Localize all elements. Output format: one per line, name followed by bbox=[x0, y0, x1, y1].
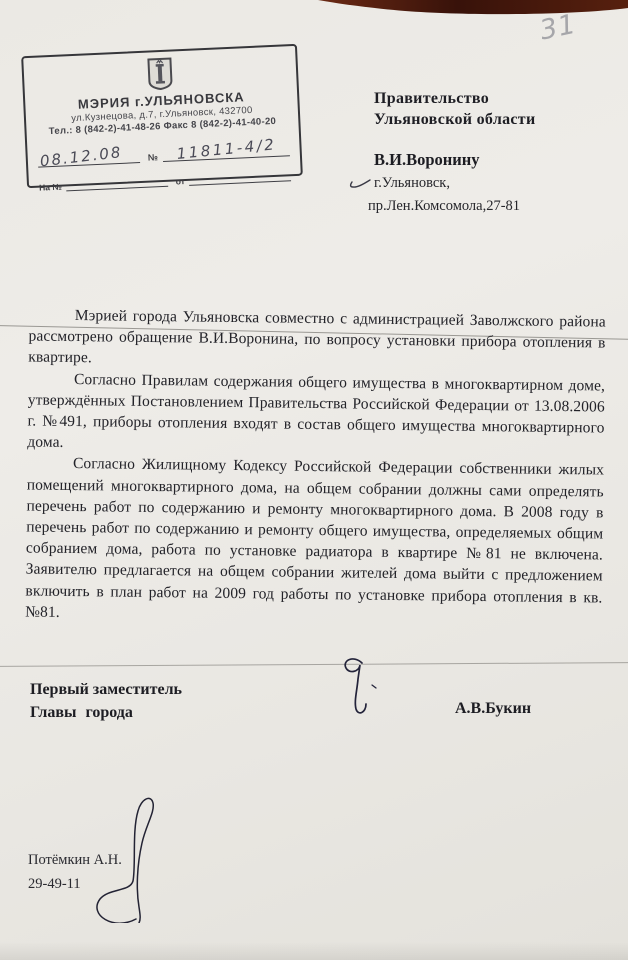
pencil-page-number: 31 bbox=[537, 9, 579, 47]
paragraph-2: Согласно Правилам содержания общего имущ… bbox=[27, 368, 605, 460]
stamp-ref-from-label: от bbox=[176, 176, 186, 186]
recipient-street: пр.Лен.Комсомола,27-81 bbox=[368, 196, 604, 217]
signer-name: А.В.Букин bbox=[455, 700, 531, 718]
recipient-block: Правительство Ульяновской области В.И.Во… bbox=[374, 88, 604, 217]
stamp-number-line: 11811-4/2 bbox=[163, 155, 290, 162]
letter-body: Мэрией города Ульяновска совместно с адм… bbox=[25, 304, 606, 629]
stamp-date-line: 08.12.08 bbox=[38, 162, 140, 168]
recipient-org-line1: Правительство bbox=[374, 88, 604, 109]
scanner-bed-edge bbox=[0, 0, 628, 20]
stamp-ref-from-line bbox=[189, 180, 291, 186]
paragraph-3: Согласно Жилищному Кодексу Российской Фе… bbox=[25, 453, 604, 630]
handwritten-date: 08.12.08 bbox=[39, 143, 123, 170]
signer-title-line1: Первый заместитель bbox=[30, 678, 182, 701]
stamp-ref-label: На № bbox=[39, 182, 62, 193]
handwritten-number: 11811-4/2 bbox=[176, 135, 277, 163]
recipient-city: г.Ульяновск, bbox=[374, 173, 604, 194]
recipient-name: В.И.Воронину bbox=[374, 149, 604, 170]
executor-signature-flourish bbox=[80, 793, 160, 928]
recipient-org-line2: Ульяновской области bbox=[374, 109, 604, 130]
stamp-number-label: № bbox=[148, 152, 158, 162]
signer-title-line2: Главы города bbox=[30, 701, 182, 724]
fold-crease-bottom bbox=[0, 662, 628, 667]
paragraph-1: Мэрией города Ульяновска совместно с адм… bbox=[28, 304, 606, 375]
checkmark-icon bbox=[348, 177, 372, 198]
bukin-signature bbox=[332, 655, 384, 728]
scanned-letter-page: 31 МЭРИЯ г.УЛЬЯНОВСКА ул.Кузнецова, д.7,… bbox=[0, 0, 628, 960]
stamp-ref-line bbox=[66, 186, 168, 192]
signer-title: Первый заместитель Главы города bbox=[30, 678, 182, 724]
mayor-office-stamp: МЭРИЯ г.УЛЬЯНОВСКА ул.Кузнецова, д.7, г.… bbox=[21, 44, 303, 188]
